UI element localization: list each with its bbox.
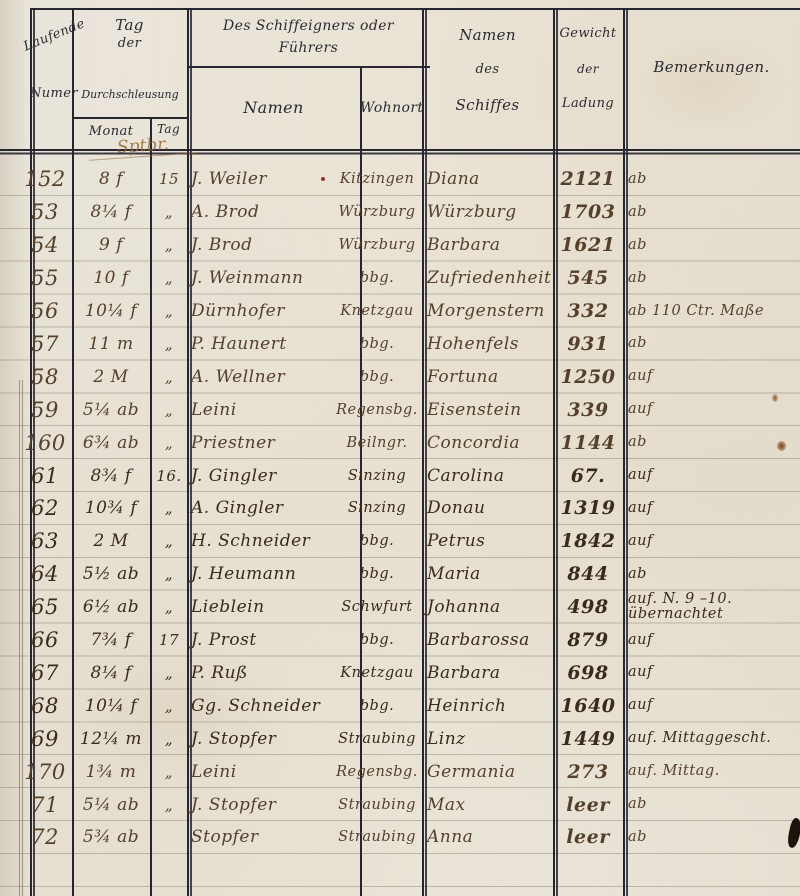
paper-stain [620, 30, 790, 140]
ledger-row: 63 2 M „ H. Schneider bbg. Petrus 1842 a… [30, 525, 800, 558]
cell-number: 58 [14, 360, 76, 393]
cell-number: 69 [14, 722, 76, 755]
cell-ship-name: Germania [427, 755, 553, 788]
cell-cargo-weight: leer [554, 821, 622, 854]
cell-number: 56 [14, 295, 76, 328]
cell-cargo-weight: 698 [554, 657, 622, 690]
cell-owner-residence: bbg. [331, 689, 423, 722]
header-of-word: der [72, 36, 187, 51]
cell-owner-name: J. Prost [191, 624, 331, 657]
cell-number: 65 [14, 591, 76, 624]
ledger-row: 62 10¾ f „ A. Gingler Sinzing Donau 1319… [30, 492, 800, 525]
cell-owner-residence: bbg. [331, 328, 423, 361]
cell-cargo-weight: 931 [554, 328, 622, 361]
cell-remark: ab [628, 821, 800, 854]
cell-cargo-weight: 1621 [554, 229, 622, 262]
ledger-row: 65 6½ ab „ Lieblein Schwfurt Johanna 498… [30, 591, 800, 624]
cell-day: „ [151, 360, 187, 393]
ledger-row: 54 9 f „ J. Brod Würzburg Barbara 1621 a… [30, 229, 800, 262]
cell-owner-name: Lieblein [191, 591, 331, 624]
cell-day [151, 821, 187, 854]
cell-owner-name: Dürnhofer [191, 295, 331, 328]
cell-owner-residence: bbg. [331, 624, 423, 657]
cell-cargo-weight: 1449 [554, 722, 622, 755]
header-master: Führers [187, 40, 430, 56]
cell-ship-name: Maria [427, 558, 553, 591]
cell-ship-name: Johanna [427, 591, 553, 624]
cell-remark: ab [628, 196, 800, 229]
ledger-row: 67 8¼ f „ P. Ruß Knetzgau Barbara 698 au… [30, 657, 800, 690]
cell-day: „ [151, 229, 187, 262]
cell-owner-residence: bbg. [331, 262, 423, 295]
cell-remark: ab [628, 788, 800, 821]
cell-owner-name: J. Weiler [191, 163, 331, 196]
cell-owner-residence: Schwfurt [331, 591, 423, 624]
cell-cargo-weight: 844 [554, 558, 622, 591]
cell-day: „ [151, 755, 187, 788]
cell-owner-residence: Knetzgau [331, 657, 423, 690]
header-weight-1: Gewicht [553, 26, 623, 41]
ledger-row: 61 8¾ f 16. J. Gingler Sinzing Carolina … [30, 459, 800, 492]
cell-time: 6½ ab [74, 591, 148, 624]
cell-cargo-weight: 2121 [554, 163, 622, 196]
cell-ship-name: Diana [427, 163, 553, 196]
cell-ship-name: Eisenstein [427, 393, 553, 426]
cell-owner-residence: Sinzing [331, 459, 423, 492]
cell-owner-name: J. Gingler [191, 459, 331, 492]
cell-number: 67 [14, 657, 76, 690]
cell-owner-residence: bbg. [331, 525, 423, 558]
cell-day: „ [151, 525, 187, 558]
ledger-row: 57 11 m „ P. Haunert bbg. Hohenfels 931 … [30, 328, 800, 361]
cell-remark: ab [628, 328, 800, 361]
cell-cargo-weight: 1703 [554, 196, 622, 229]
cell-day: „ [151, 328, 187, 361]
cell-day: 17 [151, 624, 187, 657]
cell-time: 8¼ f [74, 657, 148, 690]
cell-number: 53 [14, 196, 76, 229]
header-remarks: Bemerkungen. [623, 58, 800, 76]
cell-day: „ [151, 492, 187, 525]
cell-cargo-weight: 339 [554, 393, 622, 426]
ledger-row: 53 8¼ f „ A. Brod Würzburg Würzburg 1703… [30, 196, 800, 229]
cell-owner-name: A. Brod [191, 196, 331, 229]
cell-owner-name: J. Heumann [191, 558, 331, 591]
cell-ship-name: Hohenfels [427, 328, 553, 361]
cell-time: 2 M [74, 525, 148, 558]
cell-remark: auf [628, 492, 800, 525]
cell-time: 5¼ ab [74, 788, 148, 821]
cell-ship-name: Würzburg [427, 196, 553, 229]
ledger-row: 58 2 M „ A. Wellner bbg. Fortuna 1250 au… [30, 360, 800, 393]
cell-cargo-weight: 1842 [554, 525, 622, 558]
cell-owner-name: A. Gingler [191, 492, 331, 525]
ledger-row: 56 10¼ f „ Dürnhofer Knetzgau Morgenster… [30, 295, 800, 328]
cell-number: 55 [14, 262, 76, 295]
header-ship-3: Schiffes [422, 96, 553, 114]
cell-day: „ [151, 591, 187, 624]
header-ship-1: Namen [422, 26, 553, 44]
ledger-row: 68 10¼ f „ Gg. Schneider bbg. Heinrich 1… [30, 689, 800, 722]
ledger-rows: 152 8 f 15 J. Weiler Kitzingen Diana 212… [30, 163, 800, 896]
date-subheader-line [72, 117, 187, 119]
cell-owner-residence: Knetzgau [331, 295, 423, 328]
cell-ship-name: Barbara [427, 657, 553, 690]
cell-time: 2 M [74, 360, 148, 393]
cell-number: 54 [14, 229, 76, 262]
header-owner-name: Namen [187, 98, 360, 117]
cell-owner-name: A. Wellner [191, 360, 331, 393]
cell-remark: auf [628, 360, 800, 393]
header-weight-3: Ladung [553, 96, 623, 111]
header-shipowner: Des Schiffeigners oder [187, 18, 430, 34]
cell-time: 8¼ f [74, 196, 148, 229]
cell-cargo-weight: 1640 [554, 689, 622, 722]
cell-cargo-weight: 498 [554, 591, 622, 624]
cell-owner-residence: Straubing [331, 788, 423, 821]
cell-remark: ab [628, 558, 800, 591]
header-day: Tag [150, 122, 187, 136]
cell-day: 15 [151, 163, 187, 196]
table-top-border [30, 8, 800, 10]
cell-cargo-weight: leer [554, 788, 622, 821]
cell-day: „ [151, 262, 187, 295]
cell-owner-name: Gg. Schneider [191, 689, 331, 722]
ledger-row: 160 6¾ ab „ Priestner Beilngr. Concordia… [30, 426, 800, 459]
cell-remark: auf [628, 525, 800, 558]
ledger-row: 64 5½ ab „ J. Heumann bbg. Maria 844 ab [30, 558, 800, 591]
header-day-word: Tag [72, 16, 187, 34]
cell-number: 72 [14, 821, 76, 854]
cell-ship-name: Max [427, 788, 553, 821]
cell-number: 71 [14, 788, 76, 821]
cell-remark: ab 110 Ctr. Maße [628, 295, 800, 328]
header-month: Monat [72, 124, 150, 139]
cell-time: 10¼ f [74, 689, 148, 722]
cell-remark: auf. N. 9 –10. übernachtet [628, 591, 800, 624]
header-owner-residence: Wohnort [360, 100, 422, 116]
cell-number: 170 [14, 755, 76, 788]
cell-owner-residence: Würzburg [331, 229, 423, 262]
ledger-row: 55 10 f „ J. Weinmann bbg. Zufriedenheit… [30, 262, 800, 295]
cell-number: 63 [14, 525, 76, 558]
cell-remark: ab [628, 426, 800, 459]
cell-owner-residence: bbg. [331, 558, 423, 591]
cell-number: 68 [14, 689, 76, 722]
cell-number: 152 [14, 163, 76, 196]
cell-owner-name: P. Haunert [191, 328, 331, 361]
cell-ship-name: Fortuna [427, 360, 553, 393]
cell-time: 5¾ ab [74, 821, 148, 854]
cell-time: 5¼ ab [74, 393, 148, 426]
cell-time: 10¾ f [74, 492, 148, 525]
ledger-row: 66 7¾ f 17 J. Prost bbg. Barbarossa 879 … [30, 624, 800, 657]
cell-remark: auf [628, 689, 800, 722]
cell-time: 8¾ f [74, 459, 148, 492]
cell-day: „ [151, 558, 187, 591]
header-weight-2: der [553, 62, 623, 76]
cell-remark: auf. Mittag. [628, 755, 800, 788]
ledger-row: 59 5¼ ab „ Leini Regensbg. Eisenstein 33… [30, 393, 800, 426]
cell-number: 64 [14, 558, 76, 591]
cell-number: 61 [14, 459, 76, 492]
cell-owner-residence: Regensbg. [331, 755, 423, 788]
cell-time: 9 f [74, 229, 148, 262]
cell-remark: auf [628, 393, 800, 426]
ledger-row: 170 1¾ m „ Leini Regensbg. Germania 273 … [30, 755, 800, 788]
cell-time: 10¼ f [74, 295, 148, 328]
cell-owner-residence: Straubing [331, 722, 423, 755]
cell-day: „ [151, 426, 187, 459]
header-lockpassage: Durchschleusung [70, 88, 190, 101]
cell-day: „ [151, 196, 187, 229]
cell-owner-name: Stopfer [191, 821, 331, 854]
cell-day: „ [151, 393, 187, 426]
cell-day: „ [151, 722, 187, 755]
cell-day: „ [151, 295, 187, 328]
cell-ship-name: Concordia [427, 426, 553, 459]
cell-remark: auf [628, 657, 800, 690]
cell-time: 5½ ab [74, 558, 148, 591]
cell-owner-residence: Würzburg [331, 196, 423, 229]
cell-owner-name: H. Schneider [191, 525, 331, 558]
cell-ship-name: Anna [427, 821, 553, 854]
cell-ship-name: Petrus [427, 525, 553, 558]
cell-number: 62 [14, 492, 76, 525]
cell-ship-name: Zufriedenheit [427, 262, 553, 295]
cell-number: 59 [14, 393, 76, 426]
cell-remark: auf [628, 459, 800, 492]
cell-day: „ [151, 689, 187, 722]
cell-time: 8 f [74, 163, 148, 196]
cell-owner-name: J. Stopfer [191, 788, 331, 821]
cell-ship-name: Morgenstern [427, 295, 553, 328]
cell-number: 66 [14, 624, 76, 657]
cell-ship-name: Barbara [427, 229, 553, 262]
cell-number: 160 [14, 426, 76, 459]
cell-owner-name: Leini [191, 393, 331, 426]
cell-remark: ab [628, 262, 800, 295]
cell-remark: ab [628, 163, 800, 196]
cell-owner-residence: Straubing [331, 821, 423, 854]
cell-cargo-weight: 545 [554, 262, 622, 295]
cell-remark: auf. Mittaggescht. [628, 722, 800, 755]
cell-ship-name: Carolina [427, 459, 553, 492]
header-number: Numer [30, 86, 72, 101]
cell-day: 16. [151, 459, 187, 492]
ledger-row: 152 8 f 15 J. Weiler Kitzingen Diana 212… [30, 163, 800, 196]
cell-owner-name: Priestner [191, 426, 331, 459]
cell-owner-name: P. Ruß [191, 657, 331, 690]
cell-ship-name: Heinrich [427, 689, 553, 722]
cell-ship-name: Barbarossa [427, 624, 553, 657]
cell-cargo-weight: 1144 [554, 426, 622, 459]
header-bottom-border [0, 149, 800, 151]
cell-owner-name: J. Stopfer [191, 722, 331, 755]
cell-time: 10 f [74, 262, 148, 295]
cell-cargo-weight: 879 [554, 624, 622, 657]
cell-cargo-weight: 1250 [554, 360, 622, 393]
cell-owner-residence: Beilngr. [331, 426, 423, 459]
cell-cargo-weight: 67. [554, 459, 622, 492]
cell-cargo-weight: 332 [554, 295, 622, 328]
ledger-page: Laufende Numer Tag der Durchschleusung M… [0, 0, 800, 896]
cell-time: 7¾ f [74, 624, 148, 657]
cell-ship-name: Donau [427, 492, 553, 525]
cell-day: „ [151, 657, 187, 690]
ledger-row: 69 12¼ m „ J. Stopfer Straubing Linz 144… [30, 722, 800, 755]
ledger-row: 71 5¼ ab „ J. Stopfer Straubing Max leer… [30, 788, 800, 821]
ledger-row: 72 5¾ ab Stopfer Straubing Anna leer ab [30, 821, 800, 854]
cell-ship-name: Linz [427, 722, 553, 755]
cell-cargo-weight: 273 [554, 755, 622, 788]
cell-remark: auf [628, 624, 800, 657]
cell-cargo-weight: 1319 [554, 492, 622, 525]
cell-time: 11 m [74, 328, 148, 361]
cell-time: 6¾ ab [74, 426, 148, 459]
cell-remark: ab [628, 229, 800, 262]
cell-time: 12¼ m [74, 722, 148, 755]
cell-owner-name: J. Brod [191, 229, 331, 262]
cell-day: „ [151, 788, 187, 821]
cell-owner-name: Leini [191, 755, 331, 788]
cell-owner-residence: Kitzingen [331, 163, 423, 196]
cell-owner-residence: bbg. [331, 360, 423, 393]
cell-number: 57 [14, 328, 76, 361]
cell-owner-residence: Sinzing [331, 492, 423, 525]
cell-owner-name: J. Weinmann [191, 262, 331, 295]
owner-subheader-line [187, 66, 430, 68]
cell-time: 1¾ m [74, 755, 148, 788]
cell-owner-residence: Regensbg. [331, 393, 423, 426]
header-ship-2: des [422, 62, 553, 77]
